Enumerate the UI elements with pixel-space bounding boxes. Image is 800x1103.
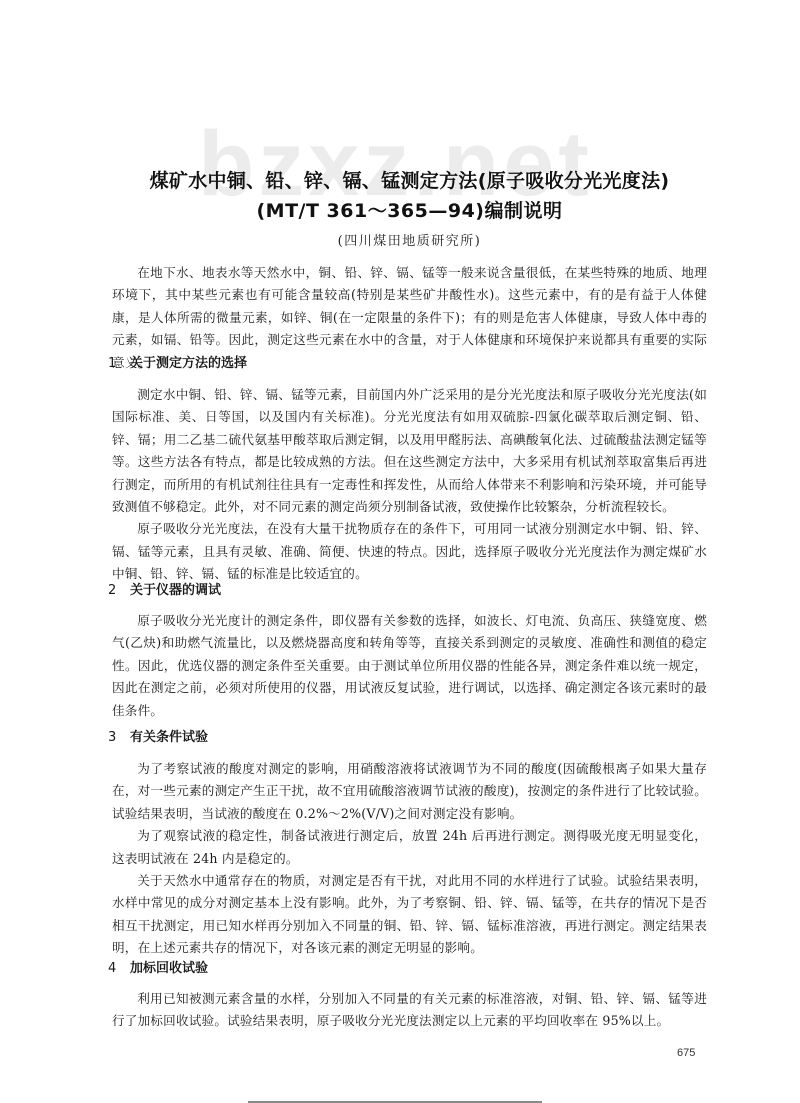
- section-heading-3: 3有关条件试验: [108, 729, 208, 747]
- paragraph: 原子吸收分光光度计的测定条件，即仪器有关参数的选择，如波长、灯电流、负高压、狭缝…: [112, 610, 707, 722]
- paragraph: 原子吸收分光光度法，在没有大量干扰物质存在的条件下，可用同一试液分别测定水中铜、…: [112, 518, 707, 585]
- section-title: 关于测定方法的选择: [130, 356, 247, 371]
- document-subtitle: (MT/T 361～365—94)编制说明: [112, 199, 707, 223]
- section-title: 有关条件试验: [130, 730, 208, 745]
- section-4-body: 利用已知被测元素含量的水样，分别加入不同量的有关元素的标准溶液，对铜、铅、锌、镉…: [112, 988, 707, 1033]
- section-1-body: 测定水中铜、铅、锌、镉、锰等元素，目前国内外广泛采用的是分光光度法和原子吸收分光…: [112, 384, 707, 586]
- paragraph: 利用已知被测元素含量的水样，分别加入不同量的有关元素的标准溶液，对铜、铅、锌、镉…: [112, 988, 707, 1033]
- author-affiliation: (四川煤田地质研究所): [112, 233, 707, 251]
- section-2-body: 原子吸收分光光度计的测定条件，即仪器有关参数的选择，如波长、灯电流、负高压、狭缝…: [112, 610, 707, 722]
- section-number: 3: [108, 729, 130, 747]
- section-title: 关于仪器的调试: [130, 583, 221, 598]
- section-heading-2: 2关于仪器的调试: [108, 582, 221, 600]
- section-heading-1: 1关于测定方法的选择: [108, 355, 247, 373]
- section-number: 2: [108, 582, 130, 600]
- section-number: 4: [108, 960, 130, 978]
- paragraph: 测定水中铜、铅、锌、镉、锰等元素，目前国内外广泛采用的是分光光度法和原子吸收分光…: [112, 384, 707, 518]
- paragraph: 关于天然水中通常存在的物质，对测定是否有干扰，对此用不同的水样进行了试验。试验结…: [112, 870, 707, 960]
- section-3-body: 为了考察试液的酸度对测定的影响，用硝酸溶液将试液调节为不同的酸度(因硫酸根离子如…: [112, 758, 707, 960]
- watermark: bzxz.net: [198, 118, 593, 210]
- section-title: 加标回收试验: [130, 961, 208, 976]
- section-number: 1: [108, 355, 130, 373]
- page-number: 675: [677, 1047, 695, 1059]
- section-heading-4: 4加标回收试验: [108, 960, 208, 978]
- paragraph: 为了考察试液的酸度对测定的影响，用硝酸溶液将试液调节为不同的酸度(因硫酸根离子如…: [112, 758, 707, 825]
- document-title: 煤矿水中铜、铅、锌、镉、锰测定方法(原子吸收分光光度法): [112, 169, 707, 193]
- paragraph: 为了观察试液的稳定性，制备试液进行测定后，放置 24h 后再进行测定。测得吸光度…: [112, 825, 707, 870]
